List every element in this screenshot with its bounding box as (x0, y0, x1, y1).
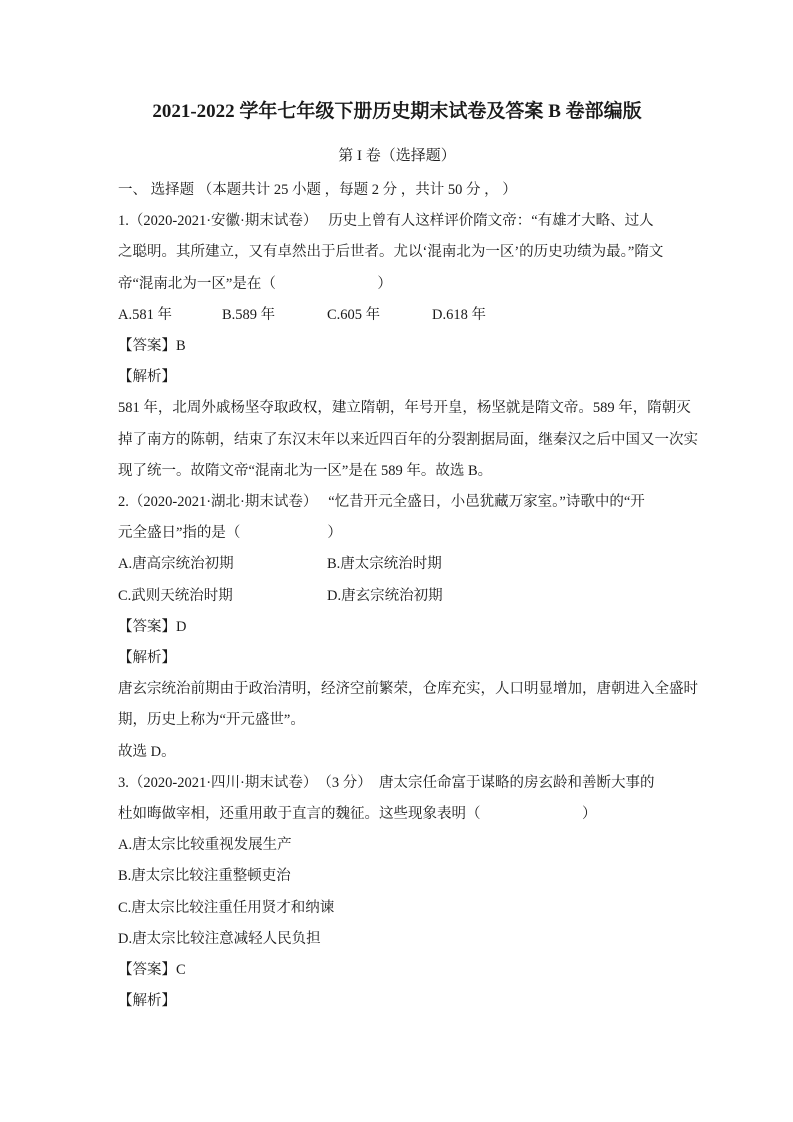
q3-option-a: A.唐太宗比较重视发展生产 (118, 830, 676, 861)
q3-stem-line-1: 3.（2020-2021·四川·期末试卷） （3 分） 唐太宗任命富于谋略的房玄… (118, 768, 676, 799)
q1-stem-line-3: 帝“混南北为一区”是在（ ） (118, 269, 676, 300)
q2-option-b: B.唐太宗统治时期 (327, 549, 676, 580)
q1-analysis-label: 【解析】 (118, 362, 676, 393)
q2-answer-value: D (176, 619, 186, 635)
q3-answer-value: C (176, 962, 186, 978)
q2-stem-line-1: 2.（2020-2021·湖北·期末试卷） “忆昔开元全盛日，小邑犹藏万家室。”… (118, 487, 676, 518)
q2-options-row-2: C.武则天统治时期 D.唐玄宗统治初期 (118, 581, 676, 612)
q1-analysis-line-3: 现了统一。故隋文帝“混南北为一区”是在 589 年。故选 B。 (118, 456, 676, 487)
q1-option-a: A.581 年 (118, 300, 222, 331)
q3-analysis-label: 【解析】 (118, 986, 676, 1017)
answer-label: 【答案】 (118, 619, 176, 635)
q2-option-a: A.唐高宗统治初期 (118, 549, 327, 580)
q2-analysis-line-2: 期，历史上称为“开元盛世”。 (118, 705, 676, 736)
q2-option-c: C.武则天统治时期 (118, 581, 327, 612)
q1-option-d: D.618 年 (432, 300, 676, 331)
q1-options-row: A.581 年 B.589 年 C.605 年 D.618 年 (118, 300, 676, 331)
q3-option-c: C.唐太宗比较注重任用贤才和纳谏 (118, 893, 676, 924)
section-heading: 第 I 卷（选择题） (118, 141, 676, 171)
q1-option-c: C.605 年 (327, 300, 432, 331)
q1-stem-line-2: 之聪明。其所建立，又有卓然出于后世者。尤以‘混南北为一区’的历史功绩为最。”隋文 (118, 237, 676, 268)
section-intro: 一、 选择题 （本题共计 25 小题 ，每题 2 分 ，共计 50 分 ， ） (118, 175, 676, 206)
q3-option-d: D.唐太宗比较注意减轻人民负担 (118, 924, 676, 955)
q1-analysis-line-2: 掉了南方的陈朝，结束了东汉末年以来近四百年的分裂割据局面，继秦汉之后中国又一次实 (118, 425, 676, 456)
q2-analysis-line-1: 唐玄宗统治前期由于政治清明，经济空前繁荣，仓库充实，人口明显增加，唐朝进入全盛时 (118, 674, 676, 705)
q1-analysis-line-1: 581 年，北周外戚杨坚夺取政权，建立隋朝，年号开皇，杨坚就是隋文帝。589 年… (118, 393, 676, 424)
q3-stem-line-2: 杜如晦做宰相，还重用敢于直言的魏征。这些现象表明（ ） (118, 799, 676, 830)
q2-analysis-label: 【解析】 (118, 643, 676, 674)
q2-answer-line: 【答案】D (118, 612, 676, 643)
answer-label: 【答案】 (118, 962, 176, 978)
q3-answer-line: 【答案】C (118, 955, 676, 986)
q2-options-row-1: A.唐高宗统治初期 B.唐太宗统治时期 (118, 549, 676, 580)
exam-body: 一、 选择题 （本题共计 25 小题 ，每题 2 分 ，共计 50 分 ， ） … (118, 175, 676, 1017)
q1-stem-line-1: 1.（2020-2021·安徽·期末试卷） 历史上曾有人这样评价隋文帝：“有雄才… (118, 206, 676, 237)
q2-option-d: D.唐玄宗统治初期 (327, 581, 676, 612)
q1-answer-value: B (176, 338, 186, 354)
q2-stem-line-2: 元全盛日”指的是（ ） (118, 518, 676, 549)
q2-analysis-line-3: 故选 D。 (118, 737, 676, 768)
q1-option-b: B.589 年 (222, 300, 327, 331)
q1-answer-line: 【答案】B (118, 331, 676, 362)
exam-title: 2021-2022 学年七年级下册历史期末试卷及答案 B 卷部编版 (118, 97, 676, 127)
answer-label: 【答案】 (118, 338, 176, 354)
exam-paper-page: 2021-2022 学年七年级下册历史期末试卷及答案 B 卷部编版 第 I 卷（… (0, 0, 793, 1122)
q3-option-b: B.唐太宗比较注重整顿吏治 (118, 861, 676, 892)
